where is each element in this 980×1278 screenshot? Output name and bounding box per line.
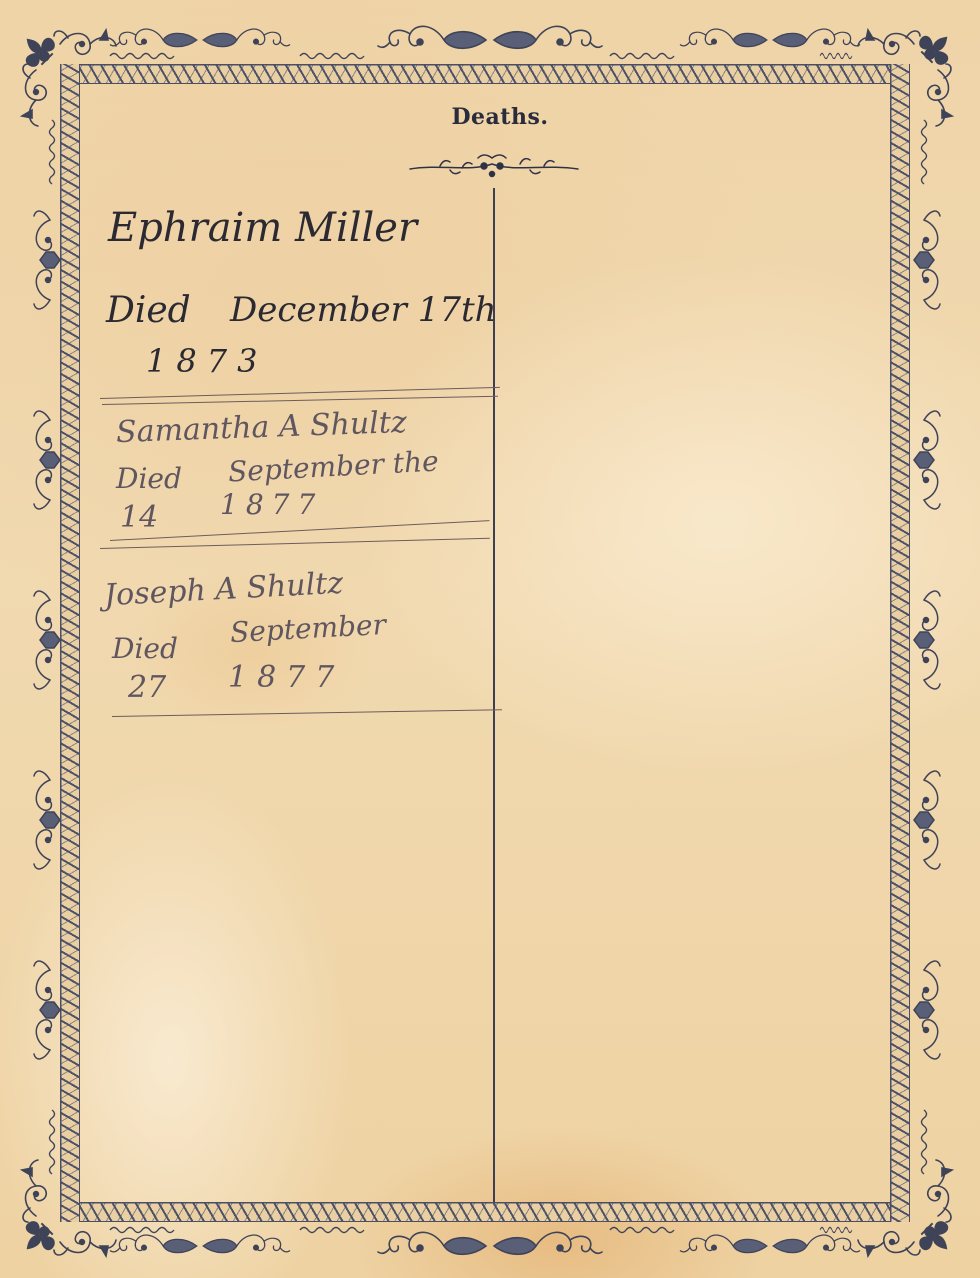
entry-name: Ephraim Miller — [108, 205, 417, 251]
border-left — [60, 64, 80, 1222]
entry-rule — [100, 538, 490, 549]
vine-flourish-icon — [410, 155, 578, 177]
border-bottom — [60, 1202, 910, 1222]
column-divider — [493, 188, 495, 1202]
entry-died-label: Died — [106, 290, 191, 331]
border-top — [60, 64, 910, 84]
register-page: Deaths. Ephraim Miller Died December 17t… — [0, 0, 980, 1278]
entry-date: September the — [227, 445, 439, 489]
page-heading: Deaths. — [420, 104, 580, 130]
entry-day: 14 — [120, 500, 158, 535]
entry-date: December 17th — [230, 290, 497, 330]
entry-day: 27 — [128, 670, 166, 705]
entry-name: Samantha A Shultz — [115, 405, 407, 450]
entry-rule — [112, 709, 502, 717]
entry-name: Joseph A Shultz — [103, 566, 344, 613]
entry-year: 1877 — [228, 660, 344, 695]
entry-rule — [110, 520, 490, 541]
entry-died-label: Died — [116, 462, 182, 495]
entry-year: 1873 — [146, 342, 267, 380]
entry-died-label: Died — [112, 632, 178, 665]
entry-year: 1877 — [220, 488, 323, 521]
entry-date: September — [229, 608, 386, 649]
border-right — [890, 64, 910, 1222]
